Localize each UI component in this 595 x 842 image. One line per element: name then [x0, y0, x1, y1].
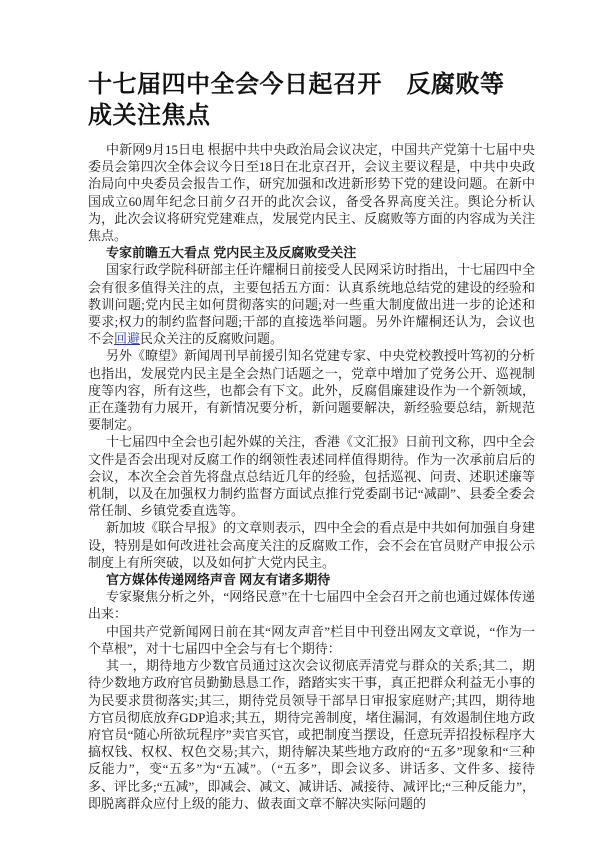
paragraph-zaobao: 新加坡《联合早报》的文章则表示，四中全会的看点是中共如何加强自身建设，特别是如何…: [88, 519, 535, 571]
paragraph-intro: 中新网9月15日电 根据中共中央政治局会议决定，中国共产党第十七届中央委员会第四…: [88, 141, 535, 244]
paragraph-liaowang: 另外《瞭望》新闻周刊早前援引知名党建专家、中央党校教授叶笃初的分析也指出，发展党…: [88, 347, 535, 433]
paragraph-wenweipo: 十七届四中全会也引起外媒的关注，香港《文汇报》日前刊文称，四中全会文件是否会出现…: [88, 433, 535, 519]
paragraph-cpcnews: 中国共产党新闻网日前在其“网友声音”栏目中刊登出网友文章说，“作为一个草根”，对…: [88, 623, 535, 657]
paragraph-netizen-intro: 专家聚焦分析之外，“网络民意”在十七届四中全会召开之前也通过媒体传递出来：: [88, 588, 535, 622]
article-body: 中新网9月15日电 根据中共中央政治局会议决定，中国共产党第十七届中央委员会第四…: [88, 141, 535, 812]
document-page: 十七届四中全会今日起召开 反腐败等成关注焦点 中新网9月15日电 根据中共中央政…: [0, 0, 595, 842]
huibi-link[interactable]: 回避: [114, 331, 140, 346]
paragraph-seven-expectations: 其一，期待地方少数官员通过这次会议彻底弄清党与群众的关系;其二，期待少数地方政府…: [88, 657, 535, 812]
subheading-official-media: 官方媒体传递网络声音 网友有诸多期待: [88, 571, 535, 588]
subheading-expert-preview: 专家前瞻五大看点 党内民主及反腐败受关注: [88, 244, 535, 261]
article-content: 十七届四中全会今日起召开 反腐败等成关注焦点 中新网9月15日电 根据中共中央政…: [88, 70, 535, 812]
article-title: 十七届四中全会今日起召开 反腐败等成关注焦点: [88, 70, 513, 132]
paragraph-xuyaotong: 国家行政学院科研部主任许耀桐日前接受人民网采访时指出，十七届四中全会有很多值得关…: [88, 261, 535, 347]
paragraph-xuyaotong-text-after-link: 民众关注的反腐败问题。: [140, 331, 283, 346]
